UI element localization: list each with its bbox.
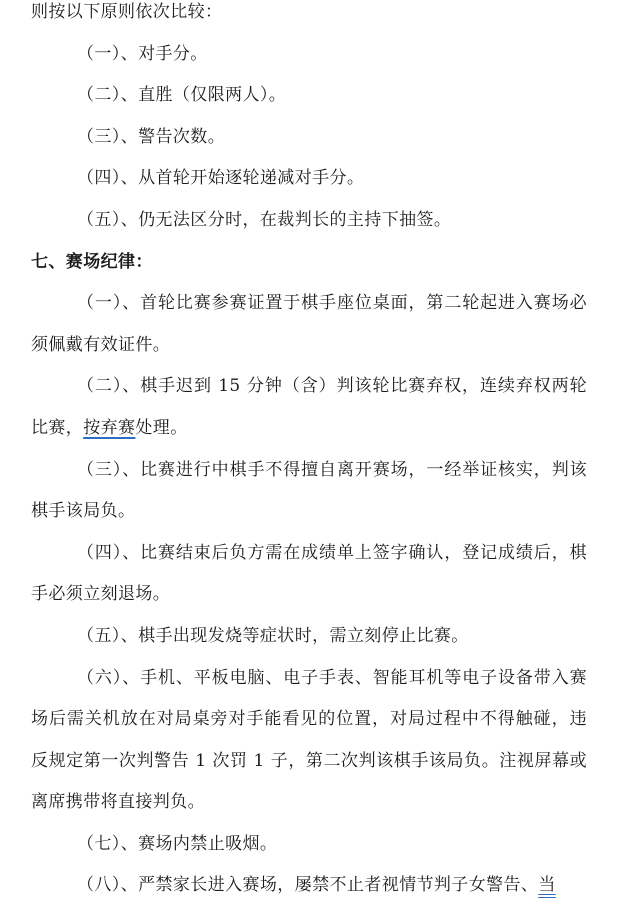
proofing-underline-mark[interactable]: 按弃赛 bbox=[83, 418, 135, 438]
discipline-item-7: （七）、赛场内禁止吸烟。 bbox=[31, 824, 587, 866]
tiebreak-item-5: （五）、仍无法区分时，在裁判长的主持下抽签。 bbox=[31, 200, 587, 242]
tiebreak-item-3: （三）、警告次数。 bbox=[31, 117, 587, 159]
discipline-item-2-tail: 处理。 bbox=[135, 418, 187, 438]
discipline-item-5: （五）、棋手出现发烧等症状时，需立刻停止比赛。 bbox=[31, 616, 587, 658]
document-page: 则按以下原则依次比较： （一）、对手分。 （二）、直胜（仅限两人）。 （三）、警… bbox=[31, 0, 587, 902]
grammar-underline-mark[interactable]: 当 bbox=[538, 875, 555, 895]
discipline-item-3: （三）、比赛进行中棋手不得擅自离开赛场，一经举证核实，判该棋手该局负。 bbox=[31, 450, 587, 533]
discipline-item-6: （六）、手机、平板电脑、电子手表、智能耳机等电子设备带入赛场后需关机放在对局桌旁… bbox=[31, 658, 587, 824]
tiebreak-item-1: （一）、对手分。 bbox=[31, 34, 587, 76]
tiebreak-item-2: （二）、直胜（仅限两人）。 bbox=[31, 75, 587, 117]
discipline-item-1: （一）、首轮比赛参赛证置于棋手座位桌面，第二轮起进入赛场必须佩戴有效证件。 bbox=[31, 283, 587, 366]
intro-line: 则按以下原则依次比较： bbox=[31, 0, 587, 34]
discipline-item-2: （二）、棋手迟到 15 分钟（含）判该轮比赛弃权，连续弃权两轮比赛，按弃赛处理。 bbox=[31, 366, 587, 449]
tiebreak-item-4: （四）、从首轮开始逐轮递减对手分。 bbox=[31, 158, 587, 200]
discipline-item-4: （四）、比赛结束后负方需在成绩单上签字确认，登记成绩后，棋手必须立刻退场。 bbox=[31, 533, 587, 616]
discipline-item-8: （八）、严禁家长进入赛场，屡禁不止者视情节判子女警告、当 bbox=[31, 865, 587, 902]
section-heading-discipline: 七、赛场纪律： bbox=[31, 242, 587, 284]
discipline-item-8-text: （八）、严禁家长进入赛场，屡禁不止者视情节判子女警告、 bbox=[77, 875, 538, 895]
